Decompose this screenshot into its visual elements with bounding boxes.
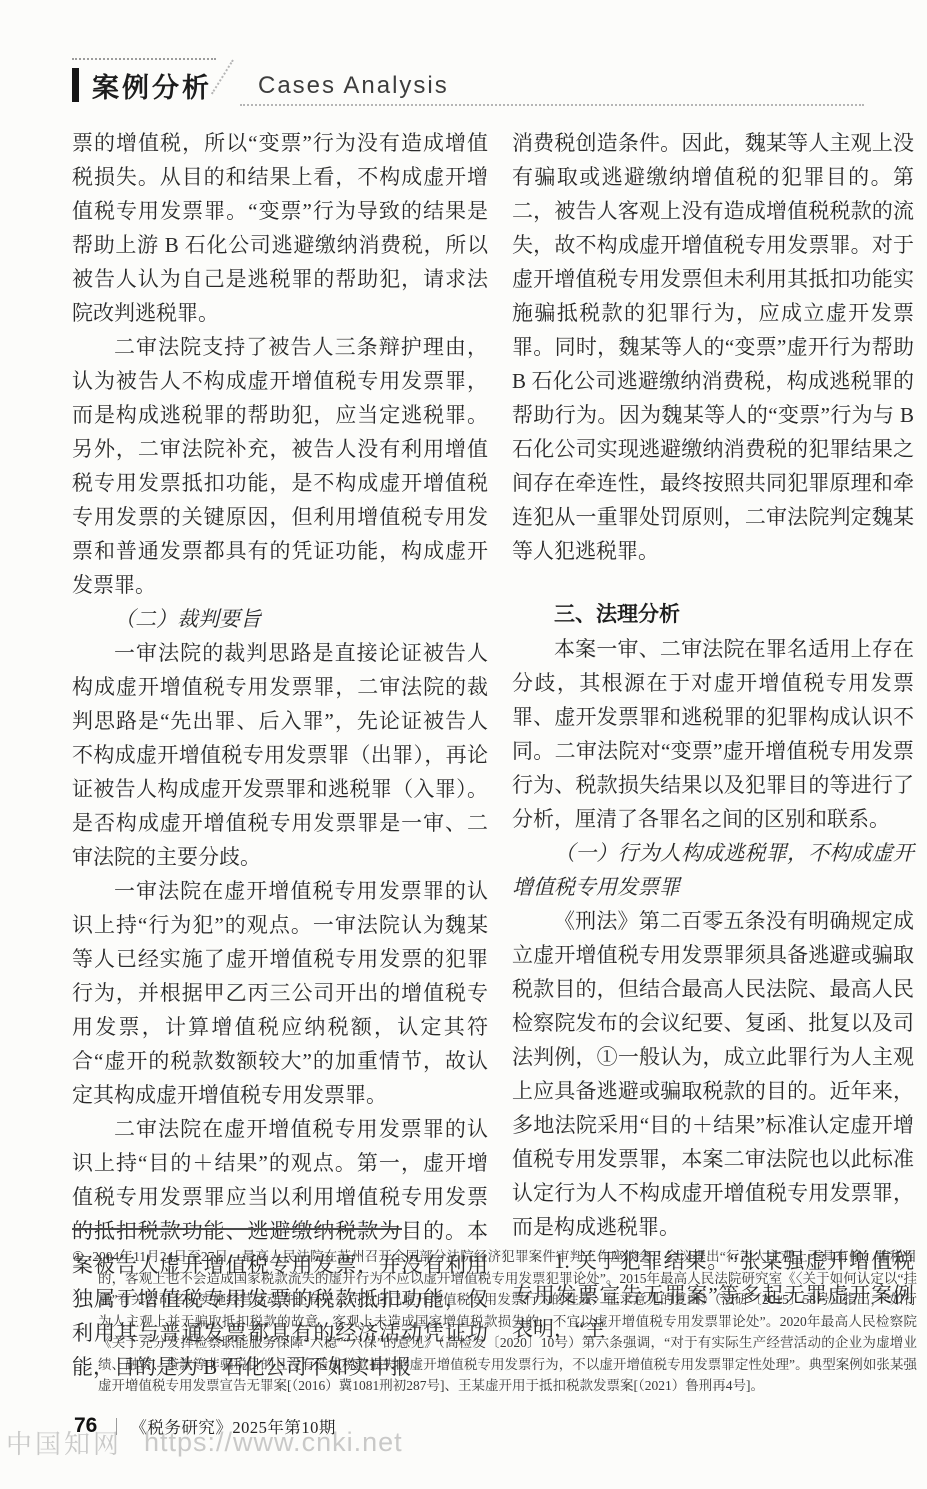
paragraph: 消费税创造条件。因此，魏某等人主观上没有骗取或逃避缴纳增值税的犯罪目的。第二，被… [512, 126, 914, 568]
section-heading: （二）裁判要旨 [72, 602, 488, 636]
page-footer: 76 《税务研究》2025年第10期 [74, 1414, 336, 1438]
footnote-text: 2004年11月24日至27日，最高人民法院在苏州召开全国部分法院经济犯罪案件审… [92, 1249, 917, 1393]
section-heading: 三、法理分析 [512, 598, 914, 632]
paragraph: 一审法院在虚开增值税专用发票罪的认识上持“行为犯”的观点。一审法院认为魏某等人已… [72, 874, 488, 1112]
section-heading: （一）行为人构成逃税罪，不构成虚开增值税专用发票罪 [512, 836, 914, 904]
section-title-en: Cases Analysis [258, 72, 449, 104]
left-column: 票的增值税，所以“变票”行为没有造成增值税损失。从目的和结果上看，不构成虚开增值… [72, 126, 488, 1384]
section-title-cn: 案例分析 [92, 62, 212, 105]
right-column: 消费税创造条件。因此，魏某等人主观上没有骗取或逃避缴纳增值税的犯罪目的。第二，被… [512, 126, 914, 1346]
section-bar-icon [72, 68, 79, 102]
footnotes: ①2004年11月24日至27日，最高人民法院在苏州召开全国部分法院经济犯罪案件… [72, 1246, 917, 1397]
paragraph: 《刑法》第二百零五条没有明确规定成立虚开增值税专用发票罪须具备逃避或骗取税款目的… [512, 904, 914, 1244]
journal-page: 案例分析 Cases Analysis 票的增值税，所以“变票”行为没有造成增值… [0, 0, 927, 1489]
section-tab: 案例分析 [72, 58, 216, 106]
page-number: 76 [74, 1414, 97, 1438]
paragraph: 本案一审、二审法院在罪名适用上存在分歧，其根源在于对虚开增值税专用发票罪、虚开发… [512, 632, 914, 836]
journal-title: 《税务研究》2025年第10期 [130, 1414, 336, 1438]
paragraph: 一审法院的裁判思路是直接论证被告人构成虚开增值税专用发票罪，二审法院的裁判思路是… [72, 636, 488, 874]
section-header: 案例分析 Cases Analysis [72, 58, 864, 106]
paragraph: 票的增值税，所以“变票”行为没有造成增值税损失。从目的和结果上看，不构成虚开增值… [72, 126, 488, 330]
paragraph: 二审法院支持了被告人三条辩护理由，认为被告人不构成虚开增值税专用发票罪，而是构成… [72, 330, 488, 602]
section-header-rule: Cases Analysis [240, 58, 864, 106]
footnote-marker: ① [72, 1249, 84, 1264]
footnote-divider [72, 1228, 402, 1230]
footnote: ①2004年11月24日至27日，最高人民法院在苏州召开全国部分法院经济犯罪案件… [72, 1246, 917, 1397]
footer-divider [116, 1418, 117, 1435]
